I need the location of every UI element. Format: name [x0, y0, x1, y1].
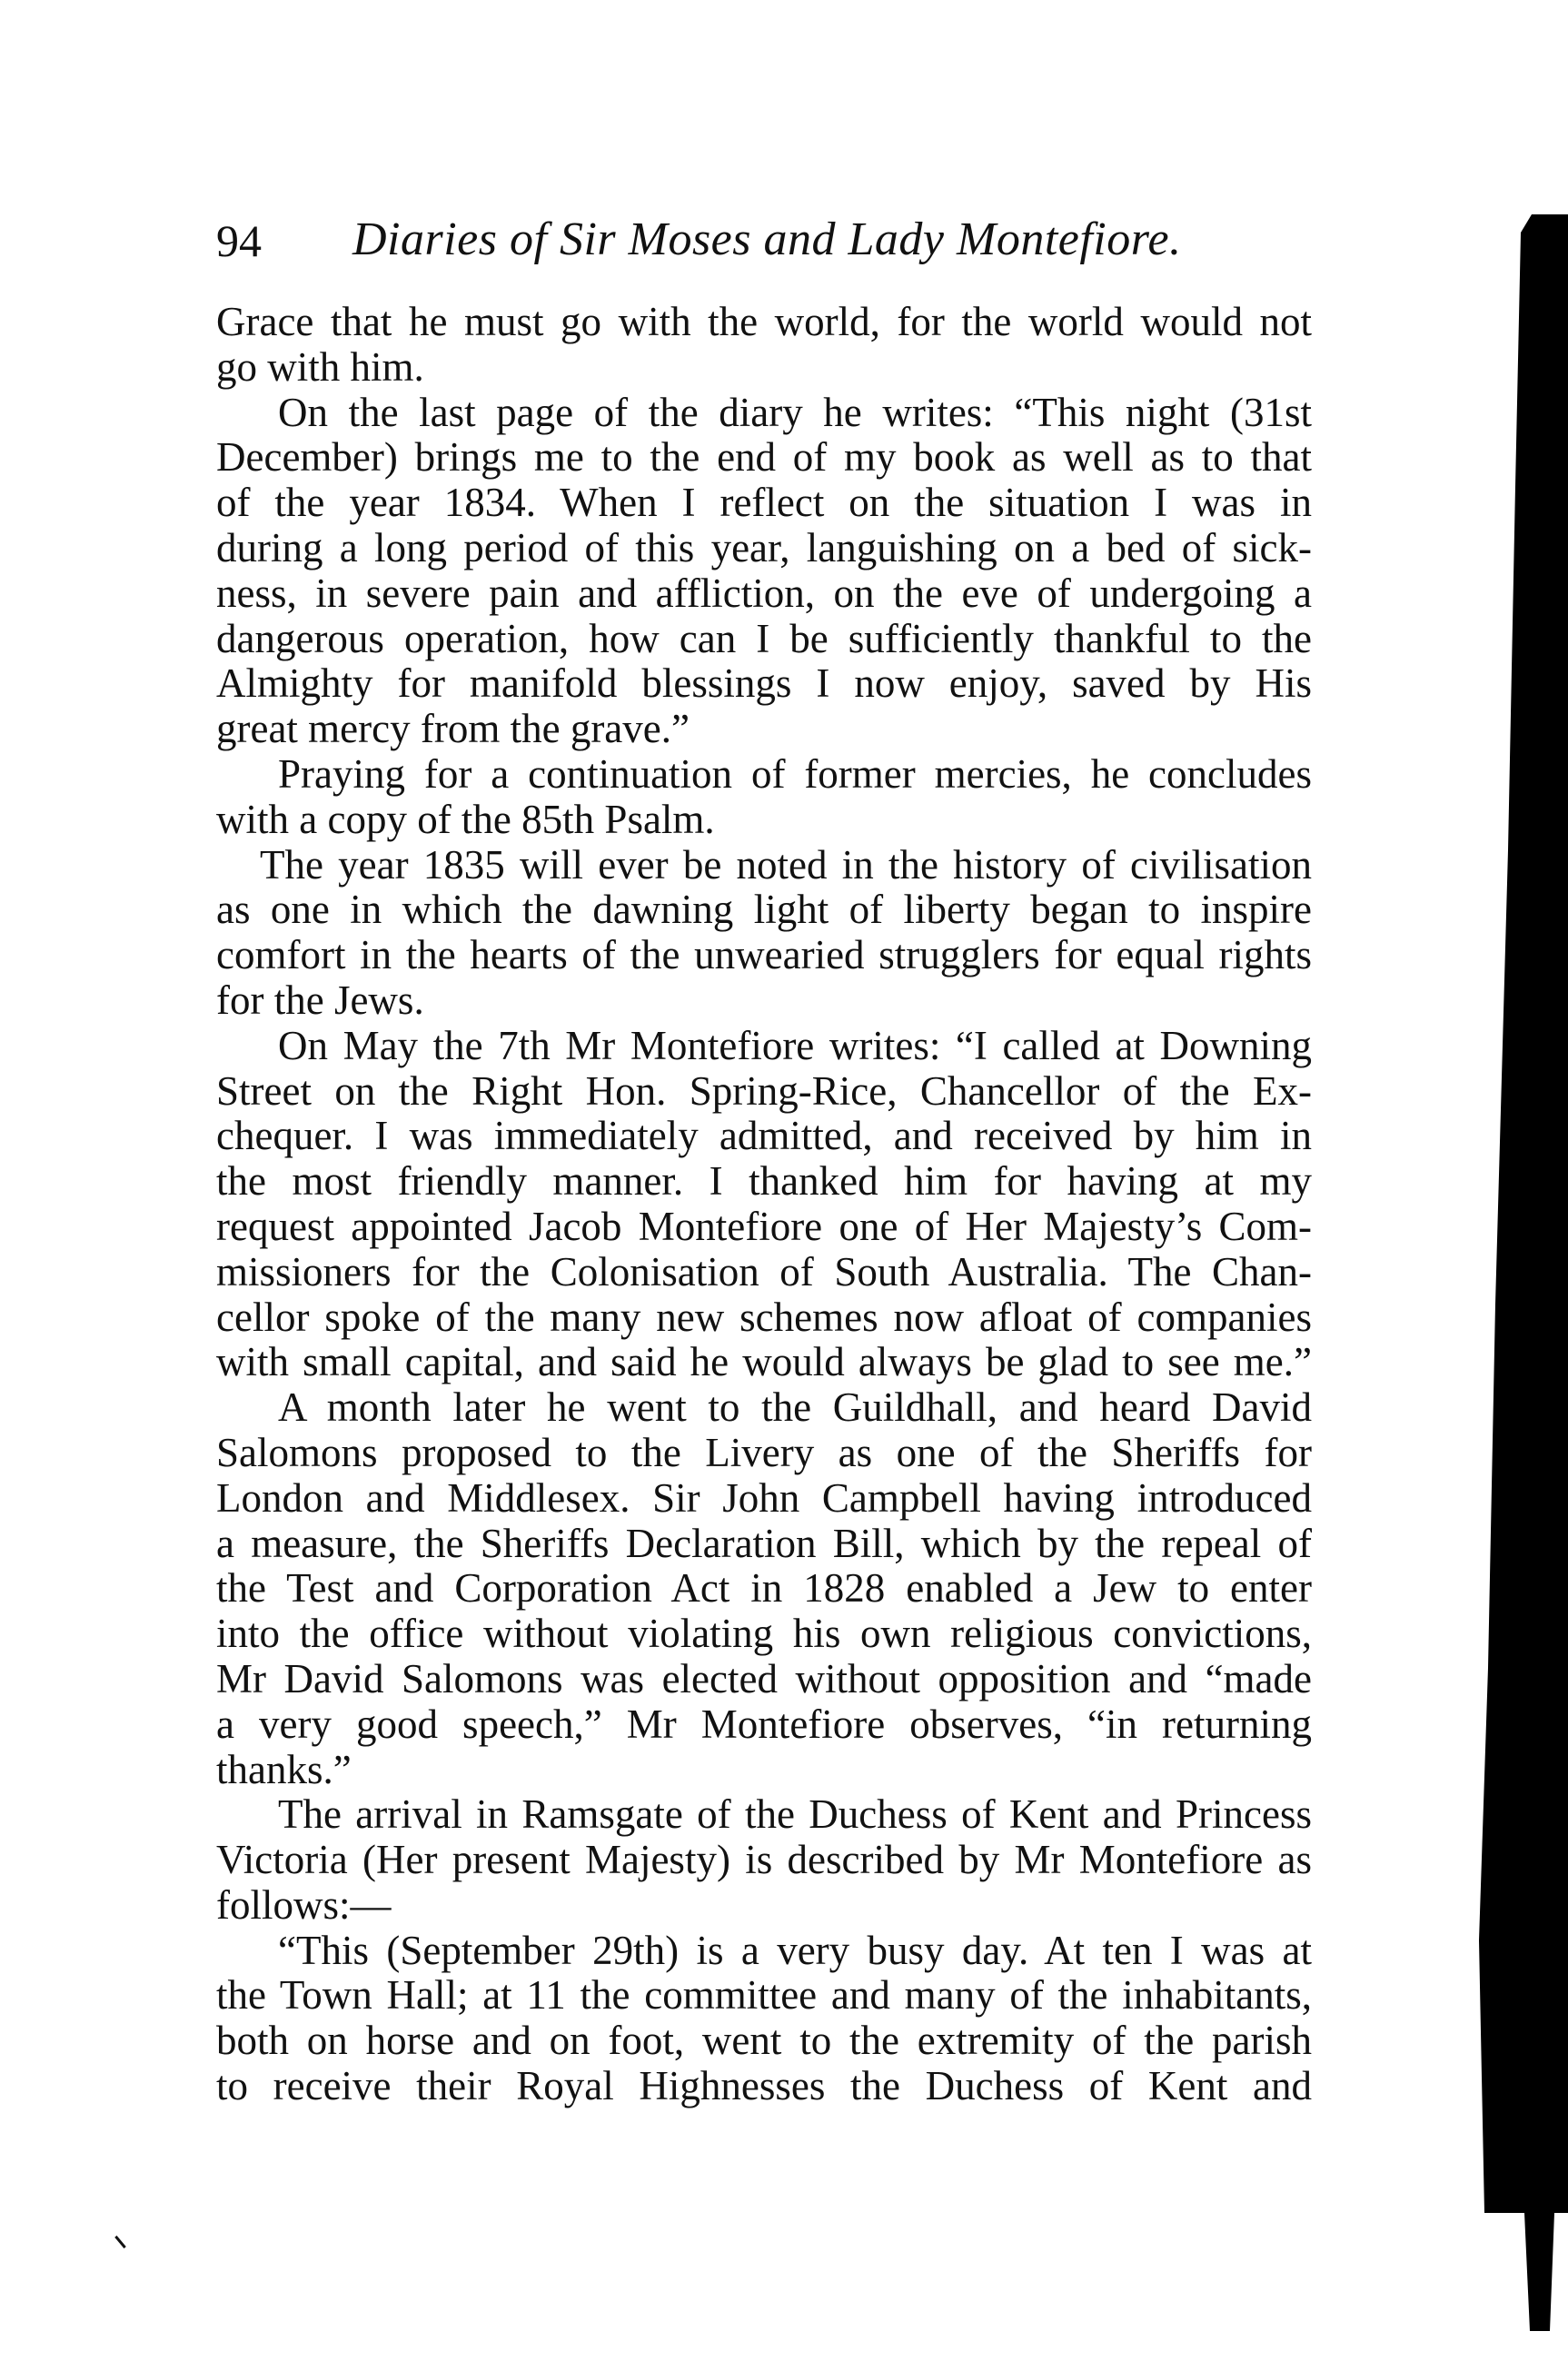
text-line: Praying for a continuation of former mer…	[216, 752, 1312, 798]
text-line: missioners for the Colonisation of South…	[216, 1250, 1312, 1295]
text-line: The arrival in Ramsgate of the Duchess o…	[216, 1792, 1312, 1838]
text-line: Almighty for manifold blessings I now en…	[216, 661, 1312, 707]
text-line: The year 1835 will ever be noted in the …	[216, 843, 1312, 888]
scan-edge-shadow	[1468, 214, 1568, 2331]
text-line: of the year 1834. When I reflect on the …	[216, 481, 1312, 526]
scan-speck	[114, 2236, 126, 2248]
text-line: with small capital, and said he would al…	[216, 1340, 1312, 1385]
text-line: go with him.	[216, 345, 1312, 391]
text-line: chequer. I was immediately admitted, and…	[216, 1114, 1312, 1159]
text-line: a very good speech,” Mr Montefiore obser…	[216, 1702, 1312, 1748]
text-line: London and Middlesex. Sir John Campbell …	[216, 1476, 1312, 1522]
text-line: great mercy from the grave.”	[216, 707, 1312, 752]
text-line: both on horse and on foot, went to the e…	[216, 2019, 1312, 2064]
text-line: the Town Hall; at 11 the committee and m…	[216, 1973, 1312, 2019]
text-line: request appointed Jacob Montefiore one o…	[216, 1205, 1312, 1250]
text-line: On the last page of the diary he writes:…	[216, 391, 1312, 436]
text-line: a measure, the Sheriffs Declaration Bill…	[216, 1522, 1312, 1567]
text-line: follows:—	[216, 1883, 1312, 1929]
text-line: dangerous operation, how can I be suffic…	[216, 617, 1312, 662]
text-line: the Test and Corporation Act in 1828 ena…	[216, 1566, 1312, 1612]
text-line: thanks.”	[216, 1748, 1312, 1793]
text-line: Victoria (Her present Majesty) is descri…	[216, 1838, 1312, 1883]
text-line: Mr David Salomons was elected without op…	[216, 1657, 1312, 1702]
text-line: during a long period of this year, langu…	[216, 526, 1312, 571]
text-line: December) brings me to the end of my boo…	[216, 435, 1312, 481]
page-number: 94	[216, 218, 262, 263]
text-line: with a copy of the 85th Psalm.	[216, 798, 1312, 843]
running-title: Diaries of Sir Moses and Lady Montefiore…	[352, 216, 1175, 263]
body-text: Grace that he must go with the world, fo…	[216, 300, 1312, 2109]
text-line: cellor spoke of the many new schemes now…	[216, 1295, 1312, 1341]
text-line: the most friendly manner. I thanked him …	[216, 1159, 1312, 1205]
text-line: Salomons proposed to the Livery as one o…	[216, 1431, 1312, 1476]
text-line: as one in which the dawning light of lib…	[216, 888, 1312, 933]
text-line: for the Jews.	[216, 978, 1312, 1024]
text-line: Street on the Right Hon. Spring-Rice, Ch…	[216, 1069, 1312, 1115]
text-line: ness, in severe pain and affliction, on …	[216, 571, 1312, 617]
text-line: On May the 7th Mr Montefiore writes: “I …	[216, 1024, 1312, 1069]
text-line: “This (September 29th) is a very busy da…	[216, 1929, 1312, 1974]
text-line: Grace that he must go with the world, fo…	[216, 300, 1312, 345]
text-line: to receive their Royal Highnesses the Du…	[216, 2064, 1312, 2109]
text-line: A month later he went to the Guildhall, …	[216, 1385, 1312, 1431]
text-line: into the office without violating his ow…	[216, 1612, 1312, 1657]
text-line: comfort in the hearts of the unwearied s…	[216, 933, 1312, 978]
